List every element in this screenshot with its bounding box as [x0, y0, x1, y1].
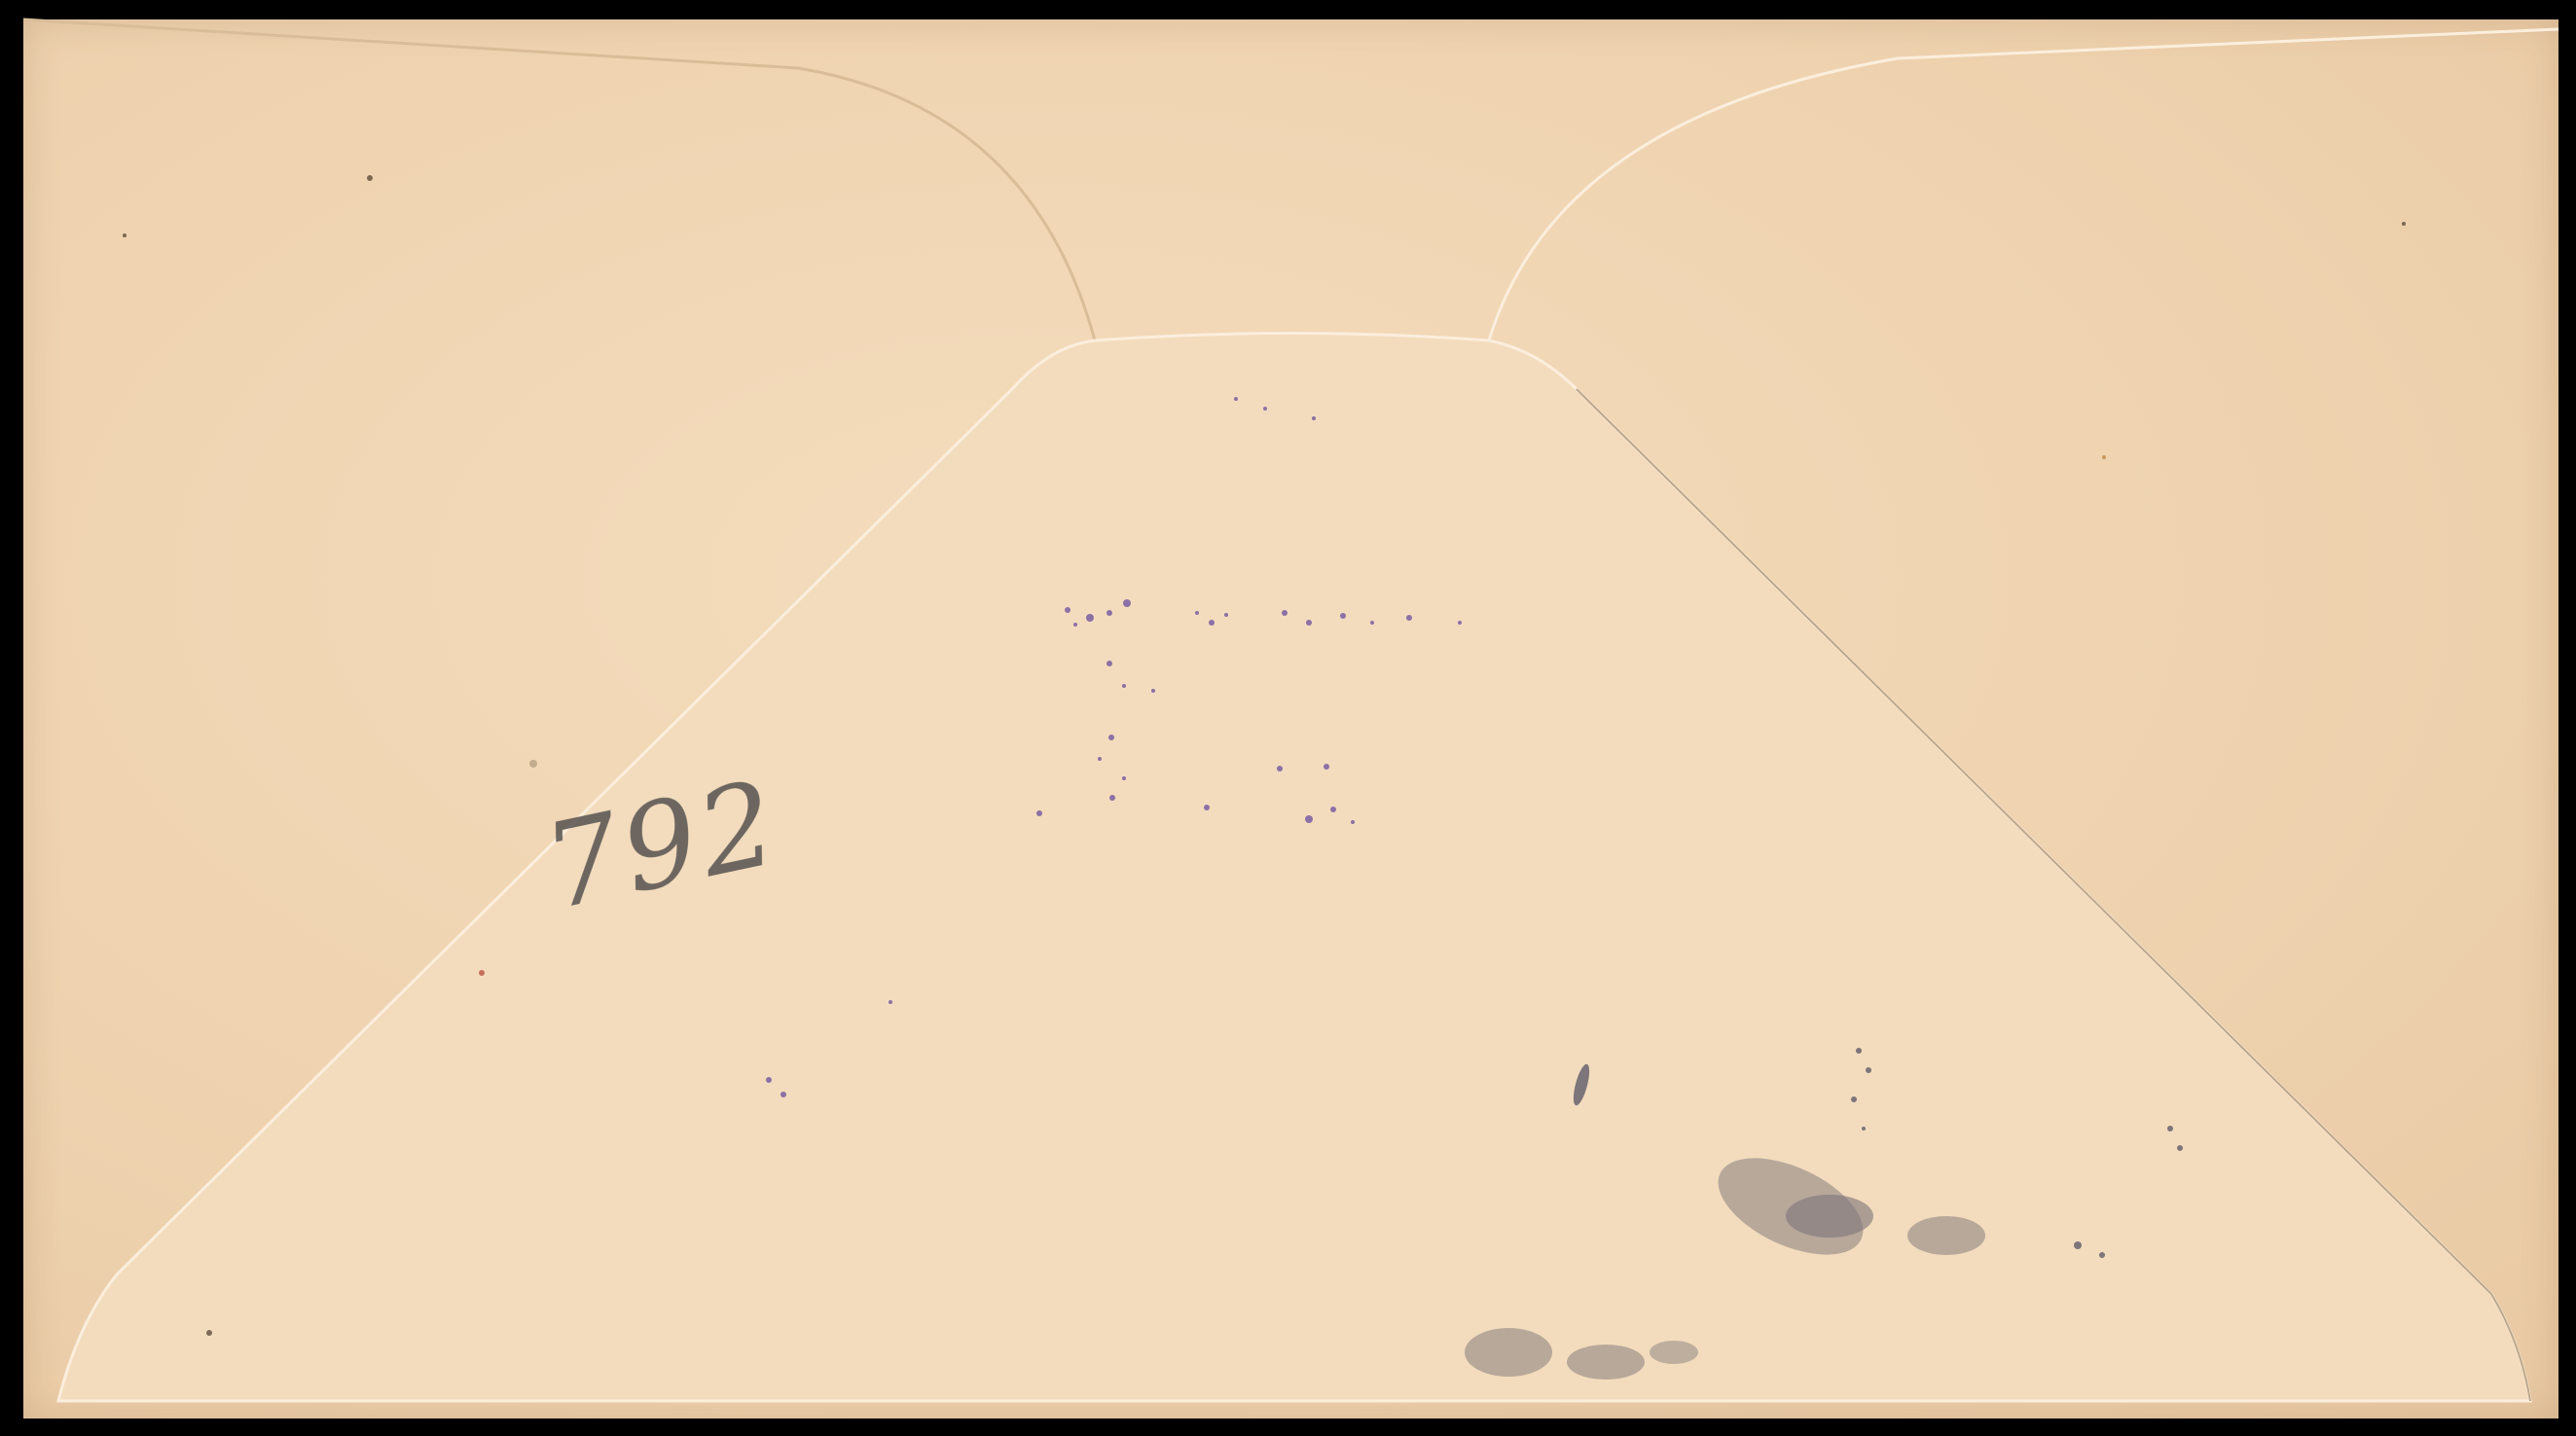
right-side-flap-edge	[1489, 29, 2558, 341]
envelope-flaps	[0, 0, 2576, 1436]
left-side-flap-edge	[23, 19, 1095, 341]
bottom-flap	[58, 334, 2530, 1402]
